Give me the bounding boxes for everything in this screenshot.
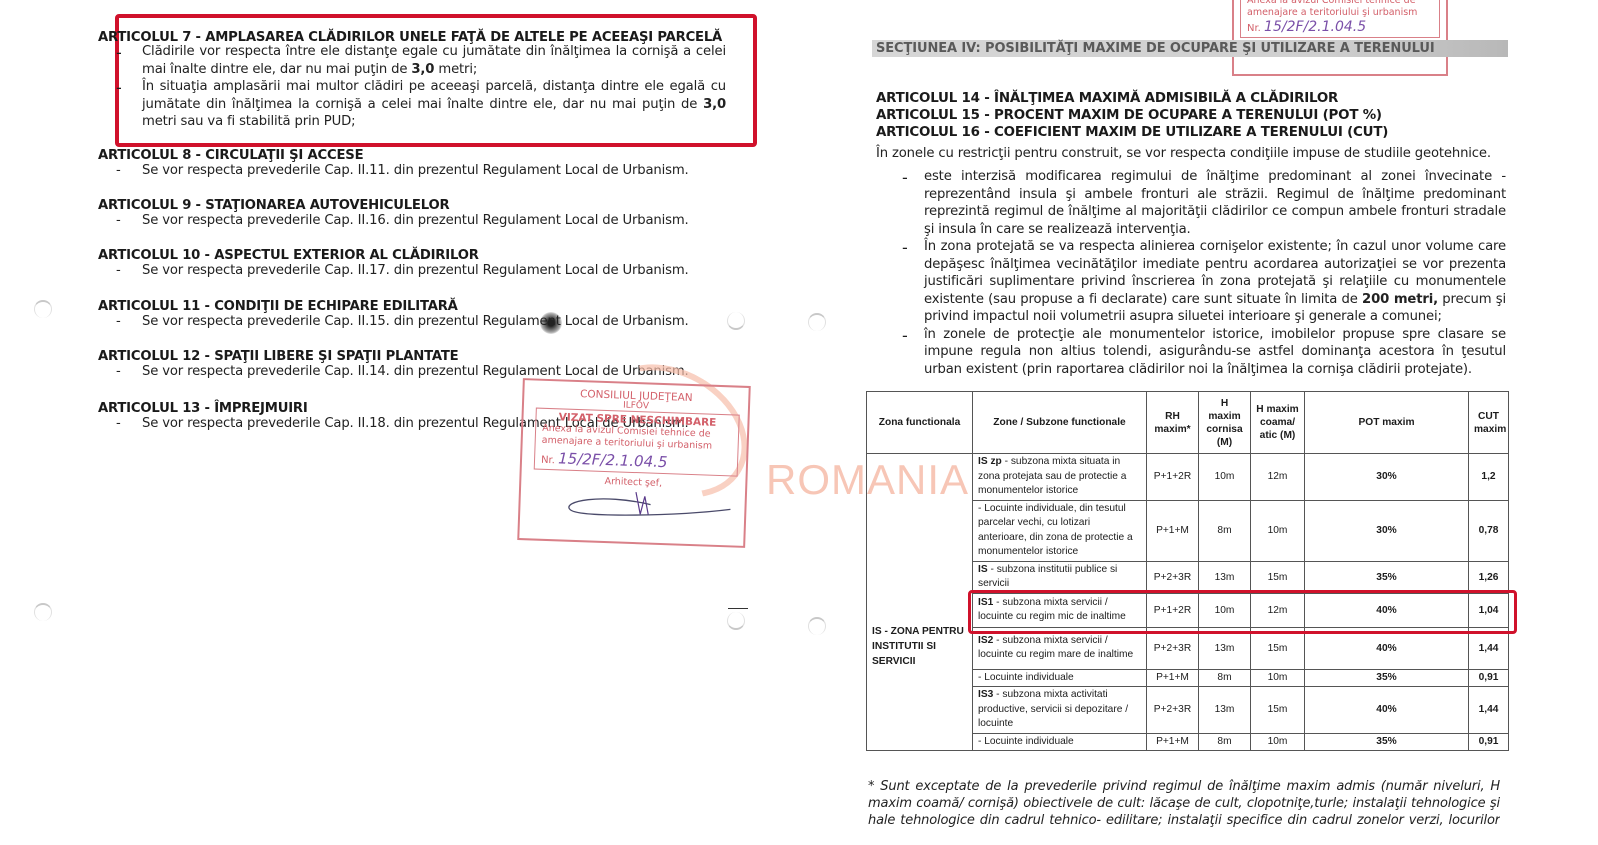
cell-pot: 30% bbox=[1305, 500, 1469, 561]
cell-rh: P+1+2R bbox=[1147, 454, 1199, 501]
punch-hole-mark bbox=[808, 313, 826, 331]
cell-cut: 0,91 bbox=[1469, 669, 1509, 687]
article-10: ARTICOLUL 10 - ASPECTUL EXTERIOR AL CLĂD… bbox=[98, 248, 689, 278]
article-9-title: ARTICOLUL 9 - STAŢIONAREA AUTOVEHICULELO… bbox=[98, 198, 689, 213]
cell-h-coama: 15m bbox=[1251, 561, 1305, 593]
cell-h-coama: 15m bbox=[1251, 687, 1305, 734]
cell-pot: 35% bbox=[1305, 561, 1469, 593]
article-8: ARTICOLUL 8 - CIRCULAŢII ŞI ACCESE -Se v… bbox=[98, 148, 689, 178]
article-12: ARTICOLUL 12 - SPAŢII LIBERE ŞI SPAŢII P… bbox=[98, 349, 689, 379]
signature-icon bbox=[540, 481, 742, 538]
punch-hole-mark bbox=[808, 617, 826, 635]
article-8-title: ARTICOLUL 8 - CIRCULAŢII ŞI ACCESE bbox=[98, 148, 689, 163]
cell-h-cornisa: 13m bbox=[1199, 687, 1251, 734]
article-12-title: ARTICOLUL 12 - SPAŢII LIBERE ŞI SPAŢII P… bbox=[98, 349, 689, 364]
cell-h-cornisa: 8m bbox=[1199, 733, 1251, 751]
zone-functional-label: IS - ZONA PENTRU INSTITUTII SI SERVICII bbox=[867, 454, 973, 751]
cell-h-coama: 12m bbox=[1251, 454, 1305, 501]
section-title-bar: SECŢIUNEA IV: POSIBILITĂŢI MAXIME DE OCU… bbox=[872, 40, 1508, 57]
table-header-cell: CUT maxim bbox=[1469, 392, 1509, 454]
cell-h-coama: 10m bbox=[1251, 500, 1305, 561]
zoning-table: Zona functionalaZone / Subzone functiona… bbox=[866, 391, 1509, 751]
cell-rh: P+2+3R bbox=[1147, 687, 1199, 734]
subzone-description: - Locuinte individuale bbox=[973, 733, 1147, 751]
cell-h-coama: 10m bbox=[1251, 733, 1305, 751]
cell-h-cornisa: 8m bbox=[1199, 669, 1251, 687]
cell-pot: 30% bbox=[1305, 454, 1469, 501]
article-7-bullet-1: - Clădirile vor respecta între ele dista… bbox=[116, 43, 726, 78]
table-header-cell: RH maxim* bbox=[1147, 392, 1199, 454]
right-bullet-2: - În zona protejată se va respecta alini… bbox=[902, 238, 1506, 326]
table-header-cell: H maxim coama/ atic (M) bbox=[1251, 392, 1305, 454]
cell-pot: 35% bbox=[1305, 669, 1469, 687]
cell-rh: P+2+3R bbox=[1147, 561, 1199, 593]
cell-cut: 1,2 bbox=[1469, 454, 1509, 501]
stamp-number: 15/2F/2.1.04.5 bbox=[558, 449, 668, 471]
cell-h-cornisa: 13m bbox=[1199, 561, 1251, 593]
cell-h-cornisa: 8m bbox=[1199, 500, 1251, 561]
subzone-description: IS zp - subzona mixta situata in zona pr… bbox=[973, 454, 1147, 501]
cell-rh: P+1+M bbox=[1147, 500, 1199, 561]
article-11: ARTICOLUL 11 - CONDIŢII DE ECHIPARE EDIL… bbox=[98, 299, 689, 329]
subzone-description: - Locuinte individuale, din tesutul parc… bbox=[973, 500, 1147, 561]
punch-hole-mark bbox=[34, 603, 52, 621]
cell-cut: 0,91 bbox=[1469, 733, 1509, 751]
cell-pot: 40% bbox=[1305, 687, 1469, 734]
article-15-title: ARTICOLUL 15 - PROCENT MAXIM DE OCUPARE … bbox=[876, 107, 1388, 124]
right-bullets: - este interzisă modificarea regimului d… bbox=[902, 168, 1506, 378]
right-bullet-1: - este interzisă modificarea regimului d… bbox=[902, 168, 1506, 238]
subzone-description: - Locuinte individuale bbox=[973, 669, 1147, 687]
cell-h-cornisa: 10m bbox=[1199, 454, 1251, 501]
cell-cut: 1,26 bbox=[1469, 561, 1509, 593]
table-row: IS - ZONA PENTRU INSTITUTII SI SERVICIII… bbox=[867, 454, 1509, 501]
subzone-description: IS - subzona institutii publice si servi… bbox=[973, 561, 1147, 593]
cell-rh: P+1+M bbox=[1147, 733, 1199, 751]
intro-paragraph: În zonele cu restricţii pentru construit… bbox=[876, 145, 1491, 163]
article-7-bullet-2: - În situaţia amplasării mai multor clăd… bbox=[116, 78, 726, 131]
right-bullet-3: - în zonele de protecţie ale monumentelo… bbox=[902, 326, 1506, 379]
cell-pot: 35% bbox=[1305, 733, 1469, 751]
table-header-cell: Zone / Subzone functionale bbox=[973, 392, 1147, 454]
articles-14-16: ARTICOLUL 14 - ÎNĂLŢIMEA MAXIMĂ ADMISIBI… bbox=[876, 90, 1388, 141]
article-16-title: ARTICOLUL 16 - COEFICIENT MAXIM DE UTILI… bbox=[876, 124, 1388, 141]
article-10-title: ARTICOLUL 10 - ASPECTUL EXTERIOR AL CLĂD… bbox=[98, 248, 689, 263]
article-11-title: ARTICOLUL 11 - CONDIŢII DE ECHIPARE EDIL… bbox=[98, 299, 689, 314]
article-7-bullets: - Clădirile vor respecta între ele dista… bbox=[116, 43, 726, 131]
table-header-cell: H maxim cornisa (M) bbox=[1199, 392, 1251, 454]
cell-cut: 0,78 bbox=[1469, 500, 1509, 561]
table-header-cell: POT maxim bbox=[1305, 392, 1469, 454]
highlight-box-is1-row bbox=[968, 590, 1517, 634]
cell-h-coama: 10m bbox=[1251, 669, 1305, 687]
cell-cut: 1,44 bbox=[1469, 687, 1509, 734]
subzone-description: IS3 - subzona mixta activitati productiv… bbox=[973, 687, 1147, 734]
cell-rh: P+1+M bbox=[1147, 669, 1199, 687]
footnote: * Sunt exceptate de la prevederile privi… bbox=[868, 778, 1500, 828]
article-14-title: ARTICOLUL 14 - ÎNĂLŢIMEA MAXIMĂ ADMISIBI… bbox=[876, 90, 1388, 107]
article-9: ARTICOLUL 9 - STAŢIONAREA AUTOVEHICULELO… bbox=[98, 198, 689, 228]
punch-hole-mark bbox=[34, 300, 52, 318]
table-header-cell: Zona functionala bbox=[867, 392, 973, 454]
approval-stamp: CONSILIUL JUDEŢEAN ILFOV VIZAT SPRE NESC… bbox=[517, 378, 751, 548]
table-header-row: Zona functionalaZone / Subzone functiona… bbox=[867, 392, 1509, 454]
approval-stamp-top: Anexa la avizul Comisiei tehnice de amen… bbox=[1232, 0, 1448, 76]
